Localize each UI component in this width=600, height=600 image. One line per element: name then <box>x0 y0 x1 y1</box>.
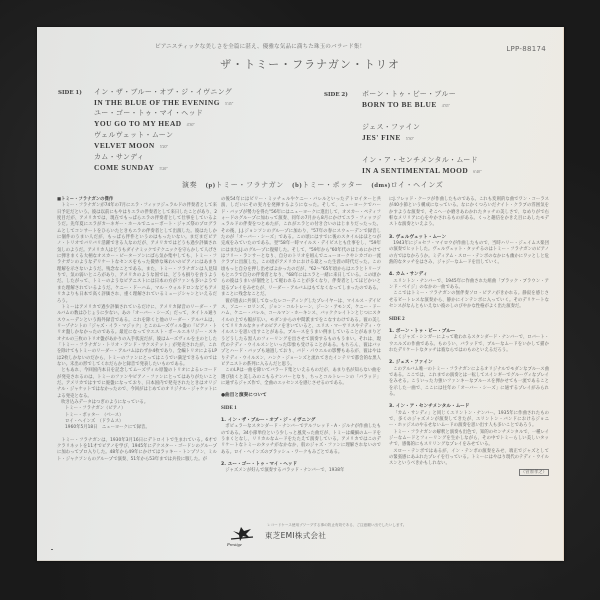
personnel-credits: 演奏 (p)トミー・フラナガン (b)トミー・ポッター (dms)ロイ・ヘインズ <box>182 180 443 190</box>
note-paragraph: エリントン・ナンバーで、1945年に作曲された組曲「ブラック・ブラウン・アンド・… <box>389 279 549 292</box>
note-paragraph: 彼が過去に共演してなったレコーディングしたプレイヤーは、マイルス・デイビス、ソニ… <box>221 299 381 369</box>
paper-mark <box>51 549 53 550</box>
track-duration: 5'20" <box>159 166 167 171</box>
note-paragraph: （菅原孝之） <box>389 470 549 476</box>
note-paragraph: よくジャズ・シンガーによって歌われるスタンダード・ナンバーで、ロバート・ウエルズ… <box>389 335 549 354</box>
track-entry: イン・ザ・ブルー・オブ・ジ・イヴニングIN THE BLUE OF THE EV… <box>94 87 233 107</box>
side-2-label: SIDE 2) <box>324 92 348 98</box>
note-paragraph: このアルバム唯一のトミー・フラナガンによるオリジナルでモダンなブルース曲である。… <box>389 367 549 399</box>
track-duration: 5'30" <box>406 136 414 141</box>
track-title-en: COME SUNDAY5'20" <box>94 163 168 172</box>
track-title-jp: ボーン・トゥ・ビー・ブルー <box>362 89 456 99</box>
note-paragraph: ポピュラーなスタンダード・ナンバーでアルフレッド・A・ジルナが作曲したものである… <box>221 424 381 456</box>
liner-notes-column-3: にJ.フレッド・クーツが作曲したものである。これも変則的な曲でワン・コーラスが4… <box>389 197 549 476</box>
liner-notes-column-1: ■トミー・フラナガンの傑作トミー・フラナガンが74年の7月にエラ・フィッツジェラ… <box>57 197 217 463</box>
author-signature: （菅原孝之） <box>519 469 549 476</box>
note-paragraph: トミー・フラナガンは、1930年3月16日にデトロイトで生まれている。6才でクラ… <box>57 438 217 463</box>
track-entry: ボーン・トゥ・ビー・ブルーBORN TO BE BLUE4'35" <box>362 89 456 109</box>
liner-notes-column-2: の後54年にはビリー・ミッチェルやケニー・バレルといったデトロイターと共演、しだ… <box>221 197 381 475</box>
note-paragraph: ともあれ、今回国内本日を記念してムーズヴィル原盤のトリオによるレコードが発売され… <box>57 368 217 400</box>
track-title-en: IN A SENTIMENTAL MOOD6'40" <box>362 166 482 175</box>
fine-print: レコードケース使用ブワープする事の防止有効である、ご注意願い出でしたいします。 <box>267 523 406 528</box>
track-entry: イン・ア・センチメンタル・ムードIN A SENTIMENTAL MOOD6'4… <box>362 155 482 175</box>
instrument-bass: (b) <box>292 182 302 189</box>
member-name: トミー・ポッター <box>302 181 363 189</box>
track-entry: カム・サンディCOME SUNDAY5'20" <box>94 152 168 172</box>
track-entry: ジェス・ファインJES' FINE5'30" <box>362 122 420 142</box>
note-paragraph: トミー・フラナガンが74年の7月にエラ・フィッツジェラルドの伴奏者として来日予定… <box>57 203 217 305</box>
track-duration: 6'40" <box>473 169 481 174</box>
track-title-jp: ジェス・ファイン <box>362 122 420 132</box>
track-duration: 5'45" <box>225 101 233 106</box>
note-paragraph: ジャズメンが好んで演奏するバラッド・ナンバーで、1938年 <box>221 468 381 474</box>
track-title-en: VELVET MOON5'20" <box>94 141 173 150</box>
track-title-jp: カム・サンディ <box>94 152 168 162</box>
tagline: ピアニスティックな美しさを全篇に湛え、優雅な気品に満ちた珠玉のバラード集！ <box>155 42 365 50</box>
album-title: ザ・トミー・フラナガン・トリオ <box>37 56 563 72</box>
note-paragraph: トミーはアメリカで過少評価されているだけに、アメリカ録音のリーダー・アルバムの数… <box>57 305 217 368</box>
personnel-prefix: 演奏 <box>182 181 197 189</box>
note-paragraph: スロー・テンポではあるが、イン・テンポの演奏をみせ、端正でジャズとしての緊張感に… <box>389 449 549 468</box>
track-title-en: YOU GO TO MY HEAD4'30" <box>94 119 203 128</box>
track-duration: 5'20" <box>160 144 168 149</box>
company-name: 東芝EMI株式会社 <box>265 530 326 541</box>
note-paragraph: の後54年にはビリー・ミッチェルやケニー・バレルといったデトロイターと共演、しだ… <box>221 197 381 299</box>
track-title-en: JES' FINE5'30" <box>362 133 420 142</box>
side-1-label: SIDE 1) <box>58 90 82 96</box>
note-paragraph: ここではトミー・フラナガンの無伴奏ソロ・ピアノがきかれる。静寂を感じさせるビート… <box>389 291 549 310</box>
track-note-heading: ●曲目と演奏について <box>221 393 381 399</box>
track-title-jp: イン・ザ・ブルー・オブ・ジ・イヴニング <box>94 87 233 97</box>
catalog-number: LPP-88174 <box>506 45 546 53</box>
track-duration: 4'35" <box>442 103 450 108</box>
note-paragraph: このLPは一曲を除いてバラード集といえるものだが、あまり名が知らない曲を選び抜く… <box>221 368 381 387</box>
track-title-jp: ヴェルヴェット・ムーン <box>94 130 173 140</box>
track-title-en: IN THE BLUE OF THE EVENING5'45" <box>94 98 233 107</box>
liner-notes-sheet: ピアニスティックな美しさを全篇に湛え、優雅な気品に満ちた珠玉のバラード集！ LP… <box>37 27 564 561</box>
track-entry: ヴェルヴェット・ムーンVELVET MOON5'20" <box>94 130 173 150</box>
member-name: ロイ・ヘインズ <box>391 181 444 189</box>
note-paragraph: にJ.フレッド・クーツが作曲したものである。これも変則的な曲でワン・コーラスが4… <box>389 197 549 229</box>
side-heading: SIDE 1 <box>221 406 381 412</box>
note-paragraph: トミー・フラナガンの解釈と演奏も出色で、知的のセンチメンタルで、一種レイジーなム… <box>389 430 549 449</box>
label-name: Prestige <box>227 542 242 547</box>
track-title-en: BORN TO BE BLUE4'35" <box>362 100 456 109</box>
track-duration: 4'30" <box>187 122 195 127</box>
instrument-piano: (p) <box>206 182 216 189</box>
track-title-jp: イン・ア・センチメンタル・ムード <box>362 155 482 165</box>
instrument-drums: (dms) <box>371 182 390 189</box>
track-entry: ユー・ゴー・トゥ・マイ・ヘッドYOU GO TO MY HEAD4'30" <box>94 108 203 128</box>
track-title-jp: ユー・ゴー・トゥ・マイ・ヘッド <box>94 108 203 118</box>
note-paragraph: 1943年にジョセフ・マイロウが作曲したもので、当時ハリー・ジェイムス楽団の演奏… <box>389 241 549 266</box>
side-heading: SIDE 2 <box>389 317 549 323</box>
member-name: トミー・フラナガン <box>216 181 284 189</box>
note-paragraph: 「カム・サンディ」と同じくエリントン・ナンバー。1935年に作曲されたもので、多… <box>389 411 549 430</box>
